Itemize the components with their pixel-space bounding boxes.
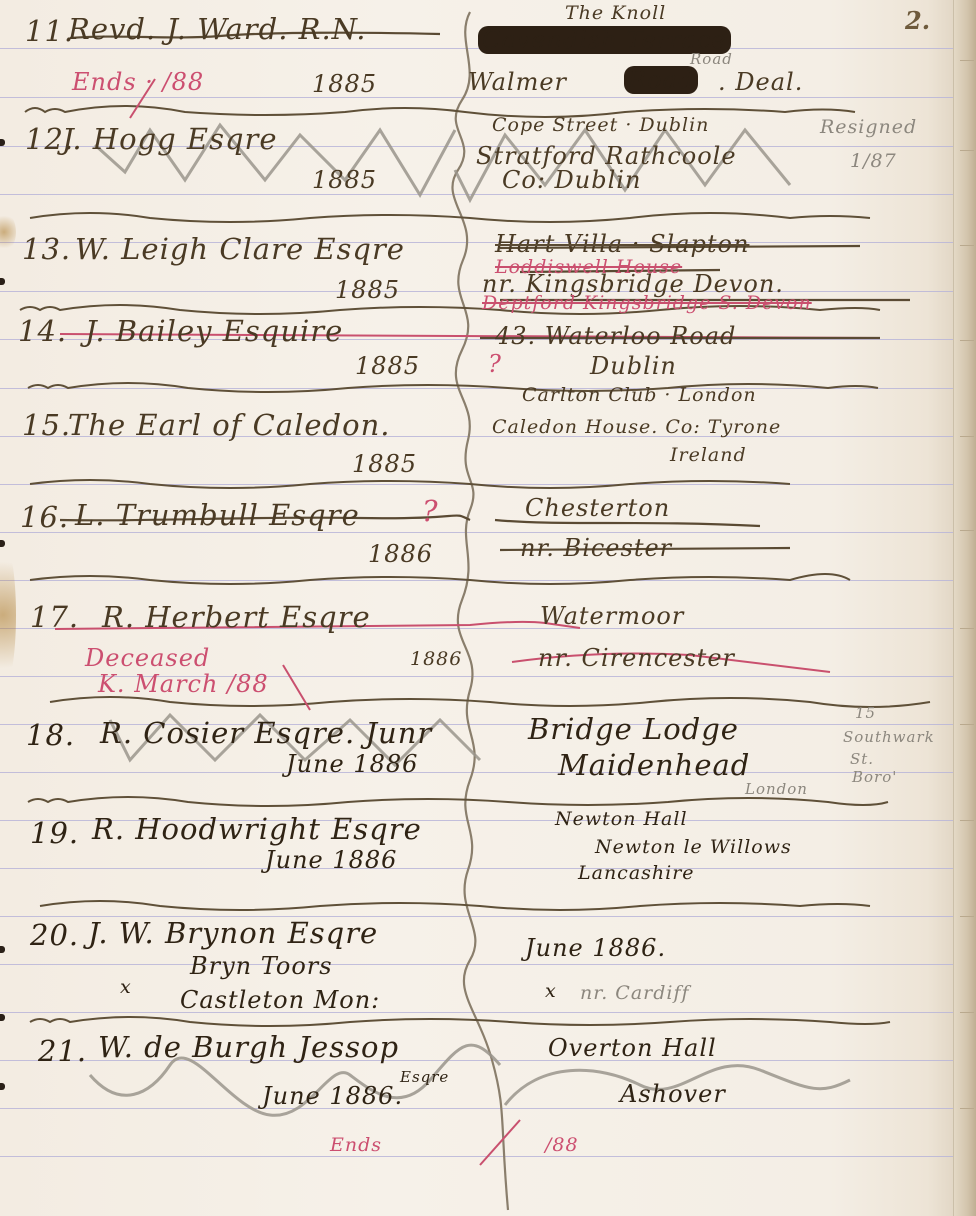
- address-line: Maidenhead: [558, 748, 750, 782]
- entry-year: 1885: [312, 166, 377, 194]
- binding-hole: [0, 139, 5, 146]
- address-line: Ireland: [670, 444, 747, 466]
- query-mark: ?: [488, 350, 502, 378]
- entry-name: Revd. J. Ward. R.N.: [68, 12, 366, 46]
- entry-year: 1885: [352, 450, 417, 478]
- entry-name: W. de Burgh Jessop: [98, 1030, 399, 1064]
- red-annotation: Ends · /88: [72, 68, 204, 96]
- address-line: Ashover: [620, 1080, 726, 1108]
- address-line: nr. Cirencester: [538, 644, 735, 672]
- entry-name: W. Leigh Clare Esqre: [75, 232, 405, 266]
- margin-note: Boro': [852, 768, 897, 786]
- entry-year: June 1886.: [262, 1082, 403, 1110]
- entry-name: J. W. Brynon Esqre: [88, 916, 378, 950]
- entry-number: 17.: [30, 600, 79, 634]
- red-annotation: K. March /88: [98, 670, 269, 698]
- entry-subline: Bryn Toors: [190, 952, 333, 980]
- red-annotation: Deceased: [85, 644, 210, 672]
- entry-year: June 1886: [265, 846, 397, 874]
- address-line: Newton le Willows: [595, 836, 792, 858]
- struck-address: Hart Villa · Slapton: [495, 230, 749, 258]
- entry-year: June 1886: [286, 750, 418, 778]
- address-line: Newton Hall: [555, 808, 688, 830]
- red-annotation: Ends: [330, 1134, 382, 1156]
- margin-note: 15: [855, 704, 876, 722]
- address-line: nr. Cardiff: [580, 982, 690, 1004]
- address-line: Lancashire: [578, 862, 695, 884]
- struck-address-red: Deptford Kingsbridge S. Devon: [482, 292, 812, 314]
- binding-hole: [0, 1014, 5, 1021]
- address-line: Cope Street · Dublin: [492, 114, 709, 136]
- address-line: The Knoll: [565, 2, 666, 24]
- margin-note: Southwark: [843, 728, 935, 746]
- entry-number: 18.: [26, 718, 75, 752]
- margin-note: 1/87: [850, 150, 897, 172]
- ledger-page: 2. 11. Revd. J. Ward. R.N. Ends · /88 18…: [0, 0, 976, 1216]
- address-line: Chesterton: [525, 494, 670, 522]
- entry-name-struck: J. Bailey Esquire: [85, 314, 343, 348]
- address-line: Bridge Lodge: [528, 712, 739, 746]
- address-line: Carlton Club · London: [522, 384, 757, 406]
- cross-mark: x: [120, 976, 132, 998]
- address-insert: Road: [690, 50, 733, 68]
- entry-number: 11.: [25, 14, 74, 48]
- entry-number: 14.: [18, 314, 67, 348]
- address-line: . Deal.: [718, 68, 803, 96]
- entry-name-struck: L. Trumbull Esqre: [75, 498, 360, 532]
- address-line: Watermoor: [540, 602, 684, 630]
- entry-year: 1886: [410, 648, 462, 670]
- query-mark: ?: [422, 494, 439, 528]
- entry-year: 1885: [355, 352, 420, 380]
- address-line: Walmer: [468, 68, 567, 96]
- entry-number: 19.: [30, 816, 79, 850]
- binding-hole: [0, 1083, 5, 1090]
- entry-year: June 1886.: [525, 934, 666, 962]
- address-line: Caledon House. Co: Tyrone: [492, 416, 781, 438]
- entry-suffix: Esqre: [400, 1068, 449, 1086]
- entry-name: R. Hoodwright Esqre: [92, 812, 422, 846]
- page-edge: [953, 0, 976, 1216]
- entry-subline: Castleton Mon:: [180, 986, 380, 1014]
- page-number: 2.: [905, 6, 930, 35]
- entry-year: 1885: [312, 70, 377, 98]
- entry-year: 1886: [368, 540, 433, 568]
- margin-note: St.: [850, 750, 874, 768]
- address-line: 43. Waterloo Road: [495, 322, 736, 350]
- address-line: nr. Bicester: [520, 534, 672, 562]
- entry-number: 15.: [22, 408, 71, 442]
- entry-number: 13.: [22, 232, 71, 266]
- entry-year: 1885: [335, 276, 400, 304]
- cross-mark: x: [545, 980, 557, 1002]
- address-line: Dublin: [590, 352, 677, 380]
- stain: [0, 540, 16, 690]
- address-line: Co: Dublin: [502, 166, 641, 194]
- blotted-address: Road: [624, 66, 698, 94]
- red-annotation: /88: [545, 1134, 579, 1156]
- entry-number: 21.: [38, 1034, 87, 1068]
- binding-hole: [0, 278, 5, 285]
- entry-name: J. Hogg Esqre: [62, 122, 278, 156]
- entry-number: 16.: [20, 500, 69, 534]
- binding-hole: [0, 946, 5, 953]
- margin-note: London: [745, 780, 808, 798]
- stain: [0, 212, 16, 252]
- entry-name-struck: R. Herbert Esqre: [102, 600, 371, 634]
- entry-number: 20.: [30, 918, 79, 952]
- margin-note: Resigned: [820, 116, 917, 138]
- binding-hole: [0, 540, 5, 547]
- address-line: Overton Hall: [548, 1034, 717, 1062]
- entry-name: The Earl of Caledon.: [68, 408, 390, 442]
- entry-name: R. Cosier Esqre. Junr: [100, 716, 432, 750]
